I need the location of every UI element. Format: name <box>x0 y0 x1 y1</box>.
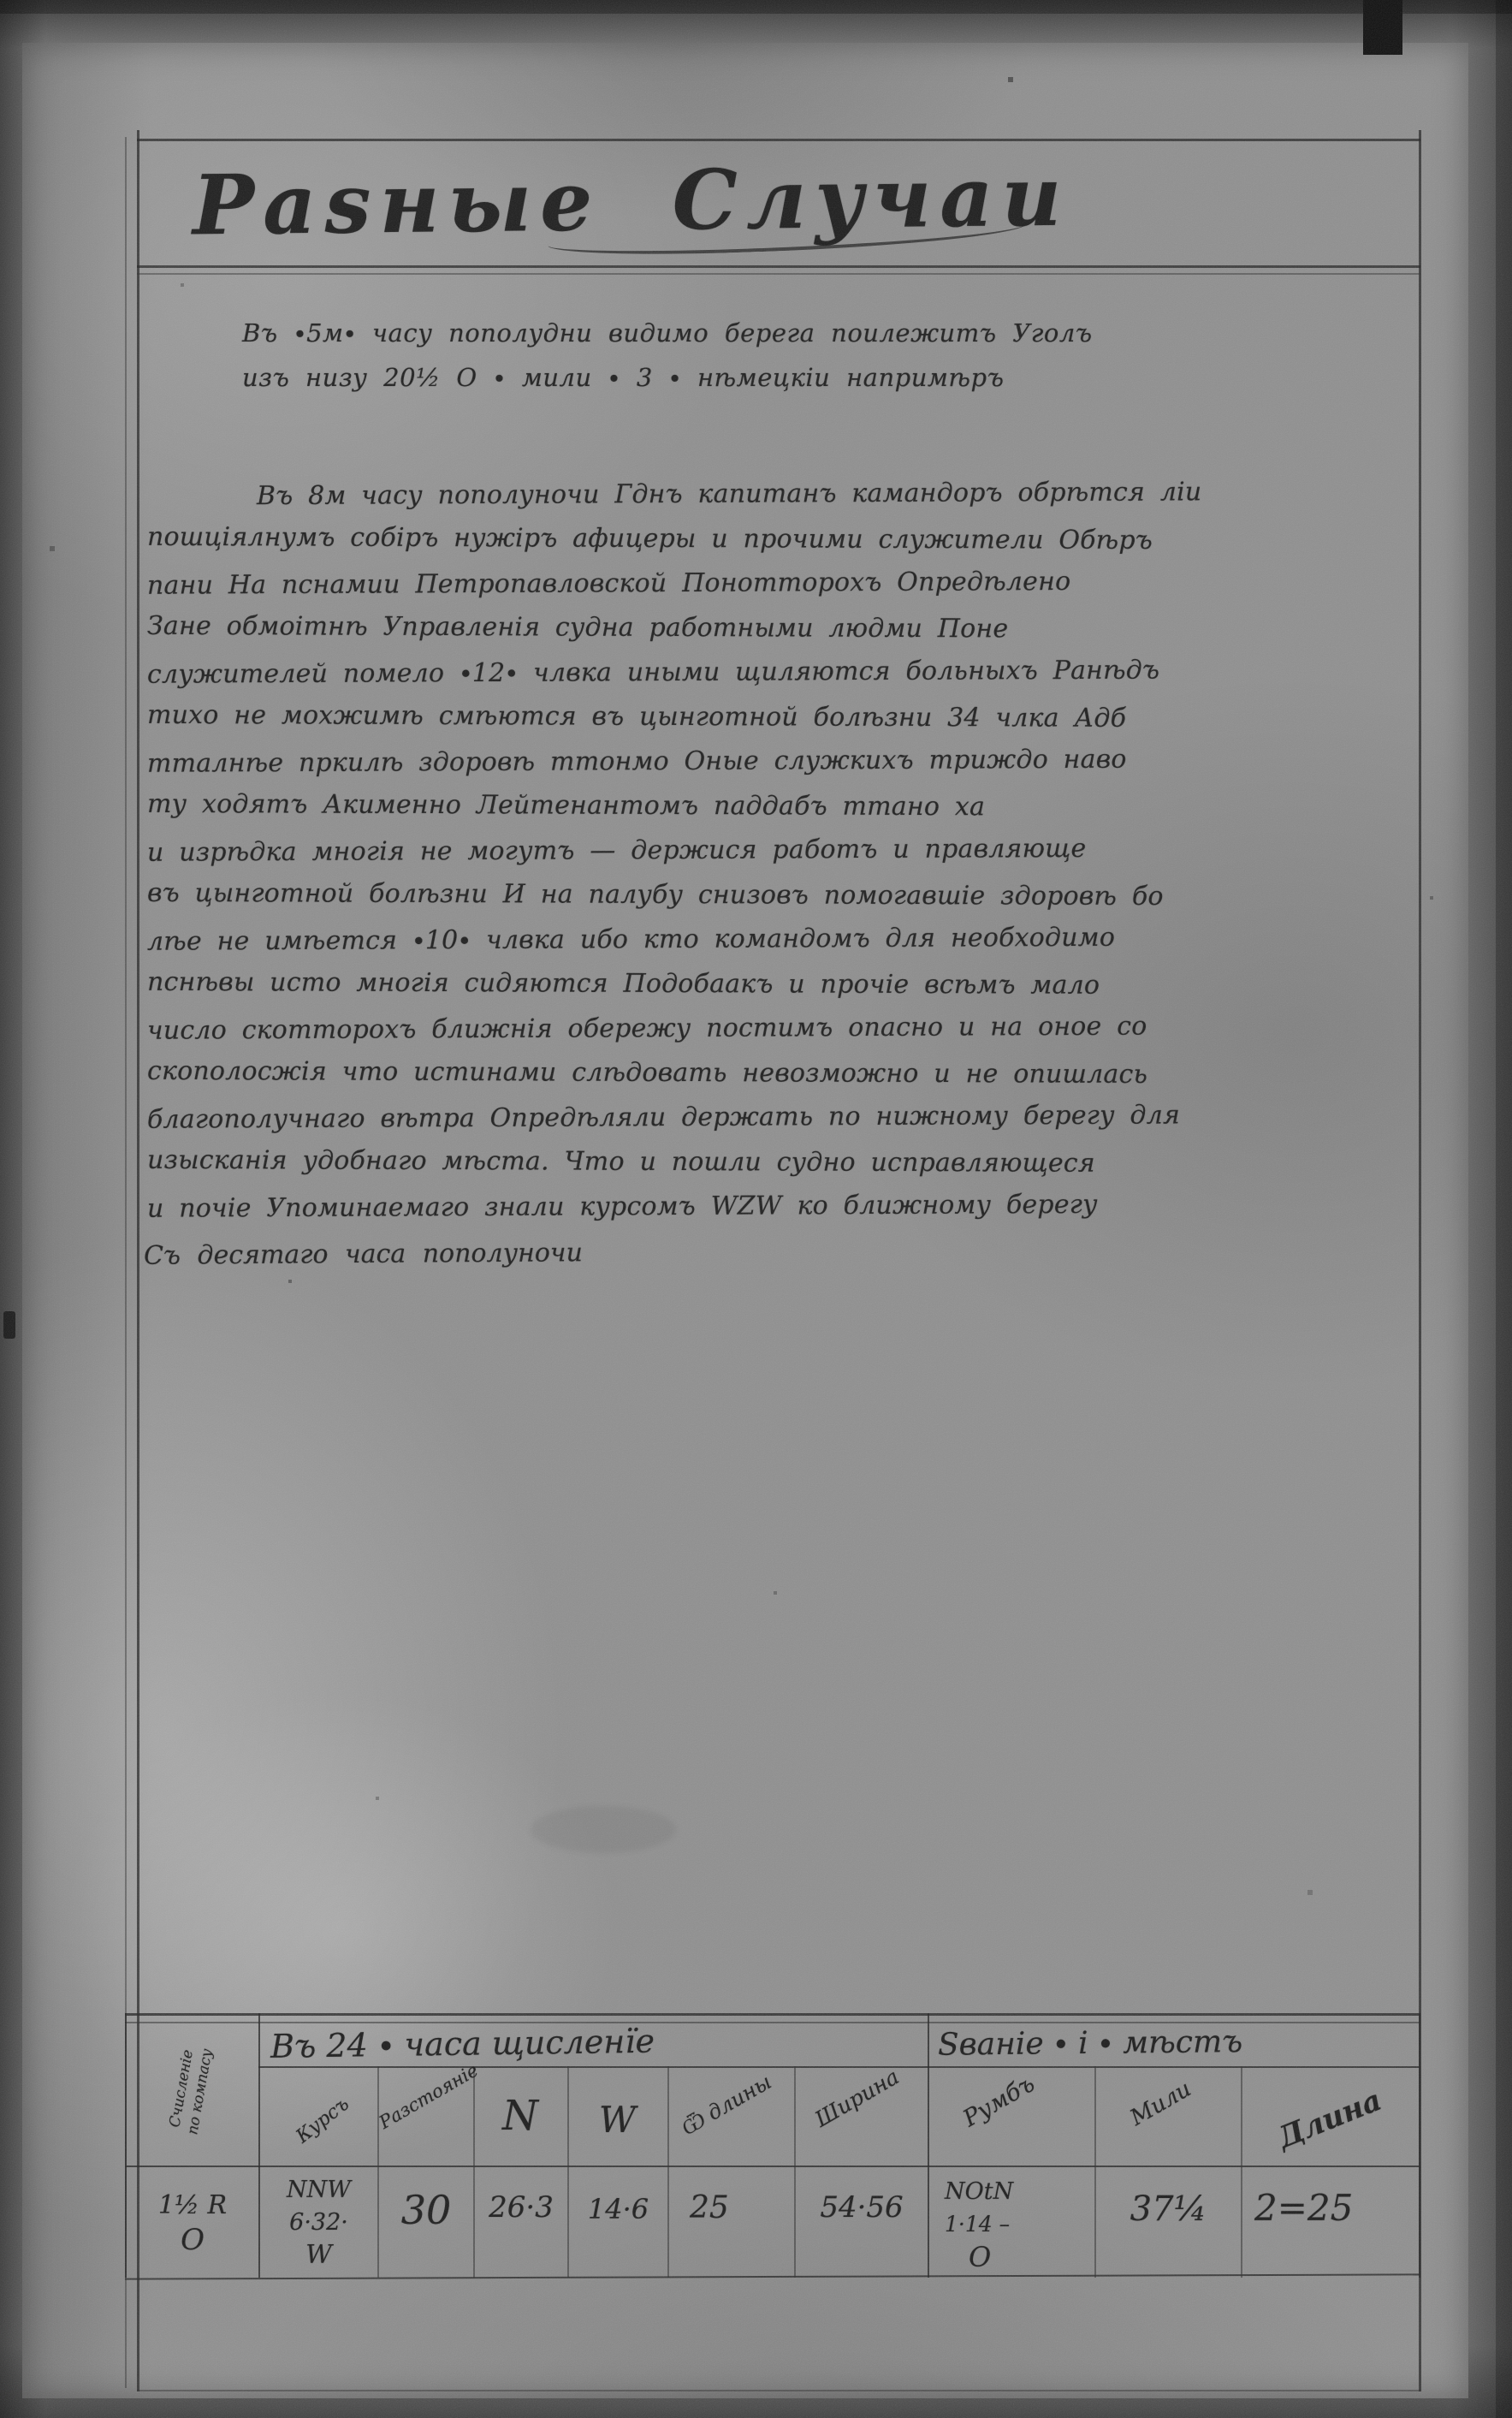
col-header-n: N <box>473 2073 567 2159</box>
cell-distance: 30 <box>379 2167 473 2253</box>
col-header-miles: Мили <box>1100 2059 1221 2148</box>
drift-direction: O <box>181 2223 205 2257</box>
reckoning-table: Въ 24 ∙ часа щисленїе Ѕваніе ∙ і ∙ мѣстъ… <box>125 2013 1420 2278</box>
handwritten-line: число скотторохъ ближнія обережу постимъ… <box>147 1011 1202 1060</box>
handwritten-line: Въ ∙5м∙ часу пополудни видимо берега пои… <box>242 318 1093 363</box>
right-edge-strip <box>1496 0 1512 2418</box>
group-header-left: Въ 24 ∙ часа щисленїе <box>270 2014 870 2070</box>
handwritten-line: служителей помело ∙12∙ члвка иными щиляю… <box>147 655 1202 704</box>
handwritten-line: пани На пснамии Петропавловской Поноттор… <box>147 566 1202 615</box>
handwritten-line: ту ходятъ Акименно Лейтенантомъ паддабъ … <box>147 789 1202 837</box>
cell-miles: 37¼ <box>1096 2171 1241 2248</box>
title-bottom-rule-2 <box>137 273 1420 275</box>
handwritten-line: и почіе Упоминаемаго знали курсомъ WZW к… <box>147 1189 1202 1238</box>
intro-paragraph: Въ ∙5м∙ часу пополудни видимо берега пои… <box>242 318 1093 407</box>
course-line: W <box>305 2239 332 2272</box>
cell-course: NNW 6·32· W <box>260 2160 377 2284</box>
drift-value: 1½ R <box>158 2189 227 2223</box>
handwritten-line: Въ 8м часу пополуночи Гднъ капитанъ кама… <box>147 477 1202 526</box>
scanned-manuscript-page: Раѕные Случаи Въ ∙5м∙ часу пополудни вид… <box>0 0 1512 2418</box>
cell-rhumb: NOtN 1·14 – O <box>929 2160 1110 2289</box>
col-header-course: Курсъ <box>267 2068 378 2173</box>
cell-n: 26·3 <box>475 2169 567 2246</box>
bottom-rule <box>137 2390 1420 2391</box>
handwritten-line: изысканія удобнаго мѣста. Что и пошли су… <box>147 1145 1202 1193</box>
body-paragraph: Въ 8м часу пополуночи Гднъ капитанъ кама… <box>147 479 1201 1236</box>
handwritten-line: и изрѣдка многія не могутъ — держися раб… <box>147 833 1202 882</box>
cell-drift: 1½ R O <box>127 2169 258 2276</box>
cell-latitude: 54·56 <box>796 2169 928 2246</box>
closing-line: Съ десятаго часа пополуночи <box>144 1238 583 1271</box>
cell-longitude: 2=25 <box>1242 2169 1426 2246</box>
handwritten-line: Зане обмоітнѣ Управленія судна работными… <box>147 611 1202 659</box>
left-margin-mark <box>3 1311 15 1339</box>
handwritten-line: тихо не мохжимѣ смѣются въ цынготной бол… <box>147 700 1202 748</box>
col-header-dlon: Ѿ длины <box>662 2058 791 2152</box>
course-line: 6·32· <box>289 2207 348 2239</box>
group-header-right: Ѕваніе ∙ і ∙ мѣстъ <box>938 2016 1384 2068</box>
ink-smudge <box>531 1806 676 1853</box>
dust-specks <box>0 0 2 2</box>
handwritten-line: пошціялнумъ собіръ нужіръ афицеры и проч… <box>147 522 1202 570</box>
handwritten-line: скополосжія что истинами слѣдовать невоз… <box>147 1056 1202 1104</box>
cell-w: 14·6 <box>569 2171 667 2248</box>
top-shadow-band <box>0 0 1512 14</box>
col-header-latitude: Ширина <box>789 2048 925 2147</box>
cell-dlon: 25 <box>669 2169 815 2246</box>
handwritten-line: тталнѣе пркилѣ здоровѣ ттонмо Оные служк… <box>147 744 1202 793</box>
title-bottom-rule <box>137 265 1420 268</box>
rhumb-line: 1·14 – <box>945 2208 1010 2241</box>
col-header-w: W <box>567 2076 667 2162</box>
black-tab <box>1363 0 1402 55</box>
rhumb-line: NOtN <box>945 2176 1013 2208</box>
col-header-longitude: Длина <box>1246 2059 1414 2180</box>
top-rule <box>137 139 1420 141</box>
handwritten-line: лѣе не имѣется ∙10∙ члвка ибо кто команд… <box>147 922 1202 971</box>
handwritten-line: въ цынготной болѣзни И на палубу снизовъ… <box>147 878 1202 926</box>
rhumb-line: O <box>945 2241 991 2273</box>
handwritten-line: благополучнаго вѣтра Опредѣляли держать … <box>147 1100 1202 1149</box>
handwritten-line: пснѣвы исто многія сидяются Подобаакъ и … <box>147 967 1202 1015</box>
course-line: NNW <box>287 2174 351 2207</box>
handwritten-line: изъ низу 20½ O ∙ мили ∙ 3 ∙ нѣмецкіи нап… <box>242 363 1093 407</box>
